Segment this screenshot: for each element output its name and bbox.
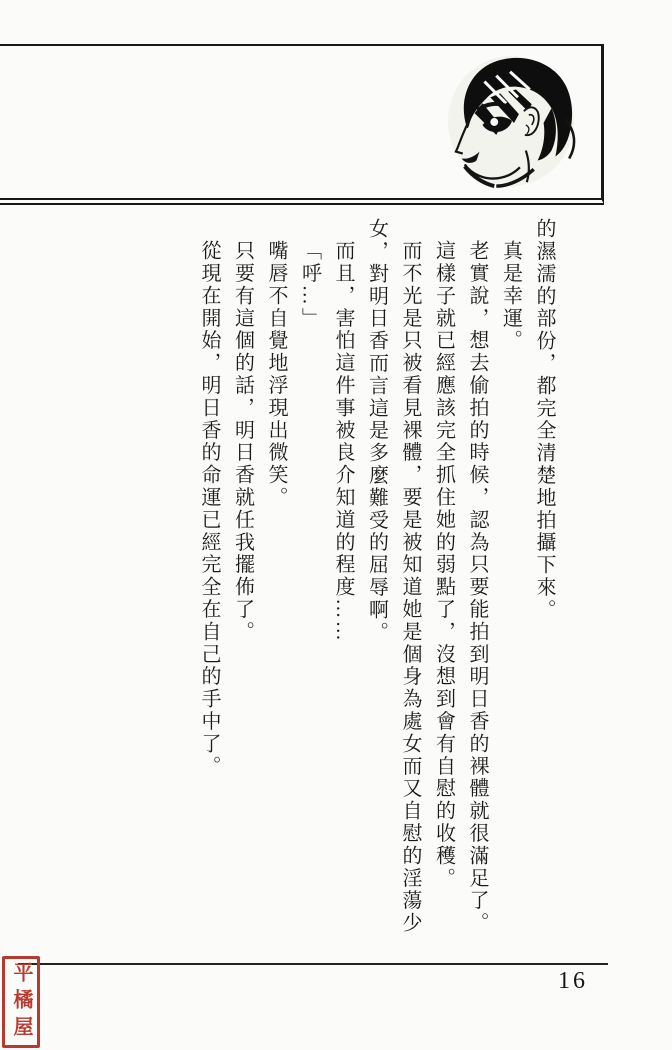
character-face-illustration (445, 52, 583, 192)
body-text: 的濕濡的部份，都完全清楚地拍攝下來。真是幸運。老實說，想去偷拍的時候，認為只要能… (192, 218, 561, 966)
text-column: 的濕濡的部份，都完全清楚地拍攝下來。 (527, 218, 561, 966)
text-column: 而且，害怕這件事被良介知道的程度…… (326, 218, 360, 966)
text-column: 從現在開始，明日香的命運已經完全在自己的手中了。 (192, 218, 226, 966)
page: 的濕濡的部份，都完全清楚地拍攝下來。真是幸運。老實說，想去偷拍的時候，認為只要能… (0, 0, 672, 1050)
text-column: 嘴唇不自覺地浮現出微笑。 (259, 218, 293, 966)
footer-rule (18, 963, 608, 965)
text-column: 只要有這個的話，明日香就任我擺佈了。 (225, 218, 259, 966)
text-column: 「呼…」 (292, 218, 326, 966)
text-column: 而不光是只被看見裸體，要是被知道她是個身為處女而又自慰的淫蕩少 (393, 218, 427, 966)
publisher-seal: 平橘屋 (2, 956, 40, 1048)
text-column: 老實說，想去偷拍的時候，認為只要能拍到明日香的裸體就很滿足了。 (460, 218, 494, 966)
text-column: 這樣子就已經應該完全抓住她的弱點了，沒想到會有自慰的收穫。 (426, 218, 460, 966)
text-column: 真是幸運。 (493, 218, 527, 966)
text-column: 女，對明日香而言這是多麼難受的屈辱啊。 (359, 218, 393, 966)
page-number: 16 (558, 968, 588, 995)
illustration-panel (0, 44, 604, 205)
publisher-seal-text: 平橘屋 (11, 962, 31, 1043)
